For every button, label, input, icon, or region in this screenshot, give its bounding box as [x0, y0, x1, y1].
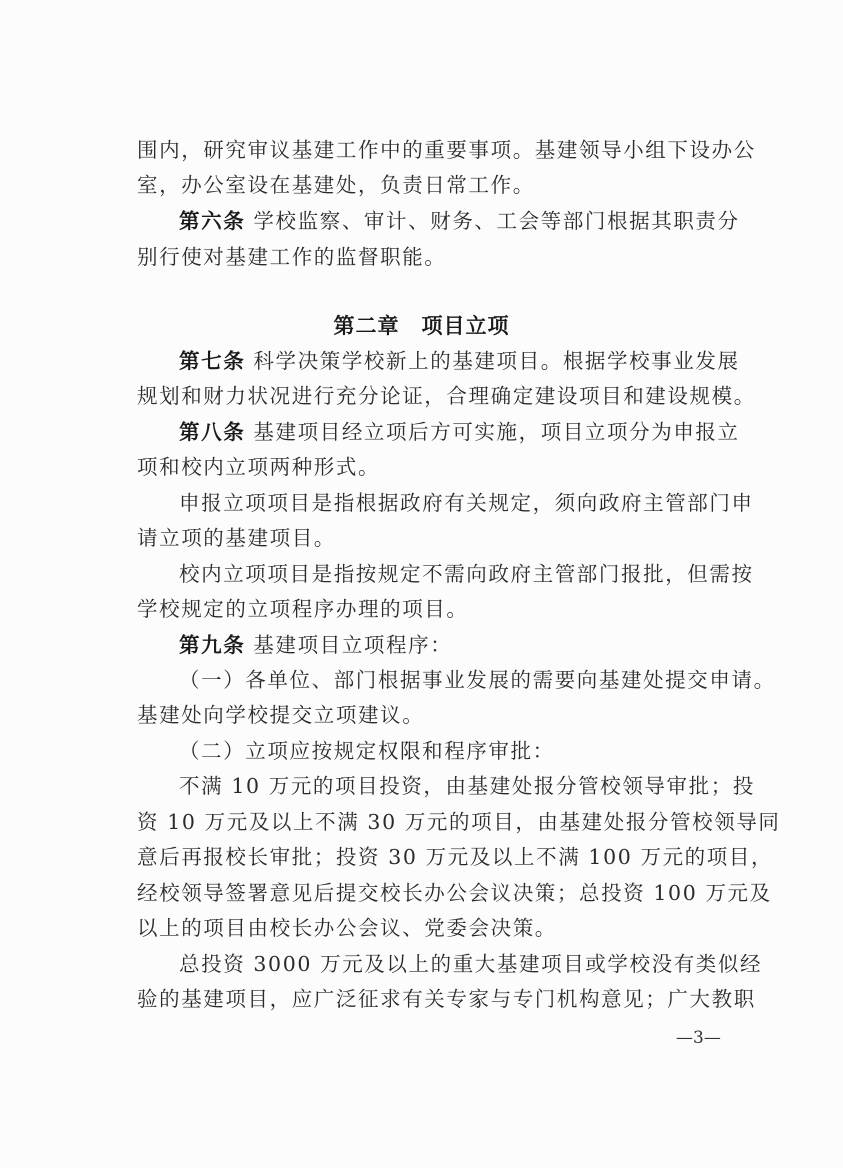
chapter-number: 第二章: [334, 314, 400, 338]
paragraph-line: 规划和财力状况进行充分论证，合理确定建设项目和建设规模。: [137, 382, 757, 410]
paragraph-line: 经校领导签署意见后提交校长办公会议决策；总投资 100 万元及: [137, 879, 757, 907]
line-text: 学校监察、审计、财务、工会等部门根据其职责分: [245, 209, 739, 233]
page-number: —3—: [676, 1028, 721, 1048]
line-text: 规划和财力状况进行充分论证，合理确定建设项目和建设规模。: [137, 384, 756, 408]
paragraph-line: 室，办公室设在基建处，负责日常工作。: [137, 171, 757, 199]
paragraph-line: 申报立项项目是指根据政府有关规定，须向政府主管部门申: [179, 489, 799, 517]
article-9-line: 第九条 基建项目立项程序：: [179, 631, 799, 659]
article-label: 第九条: [179, 633, 245, 657]
paragraph-line: 资 10 万元及以上不满 30 万元的项目，由基建处报分管校领导同: [137, 808, 757, 836]
paragraph-line: 学校规定的立项程序办理的项目。: [137, 595, 757, 623]
line-text: 以上的项目由校长办公会议、党委会决策。: [137, 916, 557, 940]
line-text: 室，办公室设在基建处，负责日常工作。: [137, 173, 535, 197]
paragraph-line: （二）立项应按规定权限和程序审批：: [179, 737, 799, 765]
line-text: 基建项目经立项后方可实施，项目立项分为申报立: [245, 420, 739, 444]
line-text: 基建项目立项程序：: [245, 633, 452, 657]
line-text: 别行使对基建工作的监督职能。: [137, 245, 446, 269]
chapter-title: 项目立项: [422, 314, 510, 338]
paragraph-line: 请立项的基建项目。: [137, 524, 757, 552]
paragraph-line: 总投资 3000 万元及以上的重大基建项目或学校没有类似经: [179, 950, 799, 978]
paragraph-line: （一）各单位、部门根据事业发展的需要向基建处提交申请。: [179, 666, 799, 694]
paragraph-line: 校内立项项目是指按规定不需向政府主管部门报批，但需按: [179, 560, 799, 588]
line-text: 学校规定的立项程序办理的项目。: [137, 597, 469, 621]
line-text: 总投资 3000 万元及以上的重大基建项目或学校没有类似经: [179, 952, 762, 976]
line-text: 经校领导签署意见后提交校长办公会议决策；总投资 100 万元及: [137, 881, 772, 905]
line-text: 验的基建项目，应广泛征求有关专家与专门机构意见；广大教职: [137, 987, 756, 1011]
article-6-line: 第六条 学校监察、审计、财务、工会等部门根据其职责分: [179, 207, 799, 235]
line-text: 围内，研究审议基建工作中的重要事项。基建领导小组下设办公: [137, 138, 756, 162]
article-label: 第七条: [179, 349, 245, 373]
paragraph-line: 以上的项目由校长办公会议、党委会决策。: [137, 914, 757, 942]
article-7-line: 第七条 科学决策学校新上的基建项目。根据学校事业发展: [179, 347, 799, 375]
paragraph-line: 意后再报校长审批；投资 30 万元及以上不满 100 万元的项目，: [137, 843, 757, 871]
paragraph-line: 围内，研究审议基建工作中的重要事项。基建领导小组下设办公: [137, 136, 757, 164]
chapter-heading: 第二章项目立项: [0, 312, 843, 340]
line-text: 不满 10 万元的项目投资，由基建处报分管校领导审批；投: [179, 774, 755, 798]
line-text: （一）各单位、部门根据事业发展的需要向基建处提交申请。: [179, 668, 776, 692]
paragraph-line: 基建处向学校提交立项建议。: [137, 701, 757, 729]
line-text: 资 10 万元及以上不满 30 万元的项目，由基建处报分管校领导同: [137, 810, 781, 834]
paragraph-line: 项和校内立项两种形式。: [137, 453, 757, 481]
line-text: 基建处向学校提交立项建议。: [137, 703, 424, 727]
line-text: 校内立项项目是指按规定不需向政府主管部门报批，但需按: [179, 562, 754, 586]
paragraph-line: 不满 10 万元的项目投资，由基建处报分管校领导审批；投: [179, 772, 799, 800]
line-text: 意后再报校长审批；投资 30 万元及以上不满 100 万元的项目，: [137, 845, 773, 869]
line-text: （二）立项应按规定权限和程序审批：: [179, 739, 555, 763]
document-page: 围内，研究审议基建工作中的重要事项。基建领导小组下设办公 室，办公室设在基建处，…: [0, 0, 843, 1168]
paragraph-line: 别行使对基建工作的监督职能。: [137, 243, 757, 271]
line-text: 科学决策学校新上的基建项目。根据学校事业发展: [245, 349, 739, 373]
paragraph-line: 验的基建项目，应广泛征求有关专家与专门机构意见；广大教职: [137, 985, 757, 1013]
article-label: 第六条: [179, 209, 245, 233]
line-text: 请立项的基建项目。: [137, 526, 336, 550]
line-text: 申报立项项目是指根据政府有关规定，须向政府主管部门申: [179, 491, 754, 515]
article-8-line: 第八条 基建项目经立项后方可实施，项目立项分为申报立: [179, 418, 799, 446]
line-text: 项和校内立项两种形式。: [137, 455, 380, 479]
article-label: 第八条: [179, 420, 245, 444]
